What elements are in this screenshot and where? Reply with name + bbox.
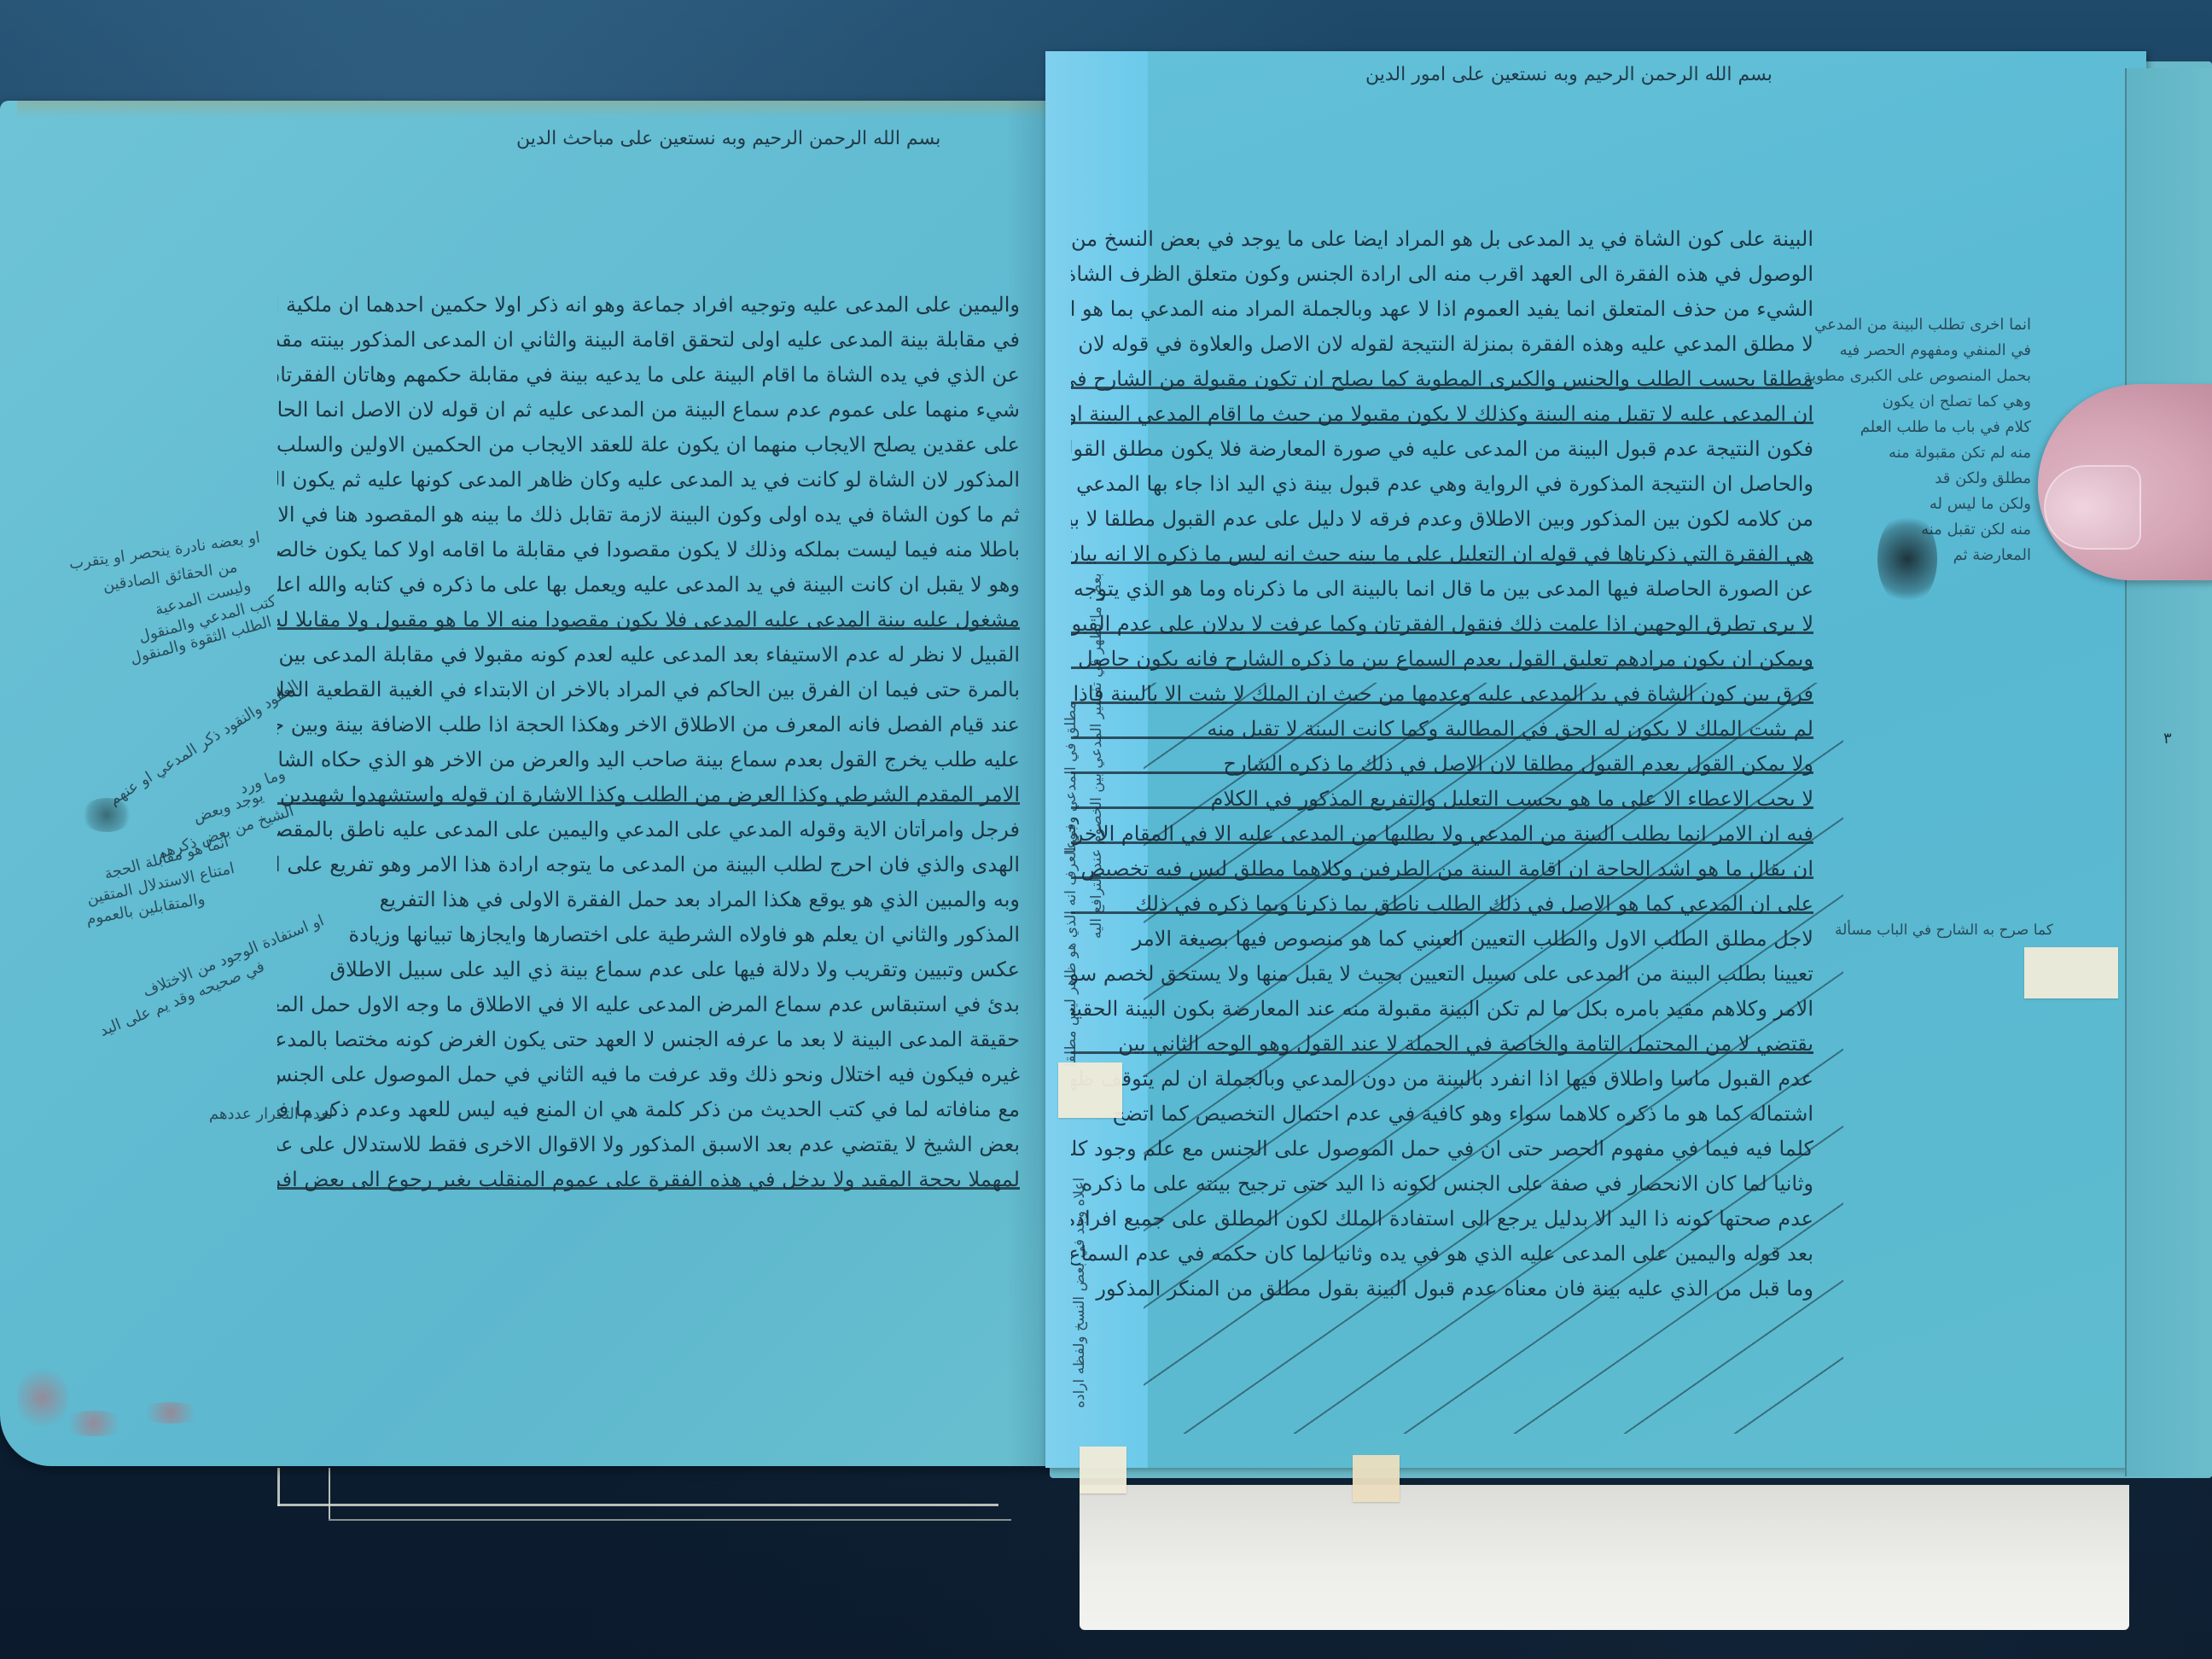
tape-tab [1058, 1062, 1122, 1118]
margin-note: وهي كما تصلح ان يكون [1835, 393, 2031, 418]
stain [137, 1402, 205, 1423]
text-line: واليمين على المدعى عليه وتوجيه افراد جما… [277, 294, 1020, 329]
ink-smudge [1877, 512, 1937, 606]
text-line: الامر وكلاهم مقيد بامره بكل ما لم تكن ال… [1071, 998, 1813, 1033]
text-line-struck: لا يحب الاعطاء الا على ما هو بحسب التعلي… [1071, 789, 1813, 824]
inner-margin-note: اعلاه وجد في بعض النسخ ولفظه اراده [1071, 1178, 1088, 1408]
text-line: لاجل مطلق الطلب الاول والطلب التعيين الع… [1071, 928, 1813, 963]
text-line-struck: على ان المدعي كما هو الاصل في ذلك الطلب … [1071, 894, 1813, 928]
text-line: بالمرة حتى فيما ان الفرق بين الحاكم في ا… [277, 679, 1020, 714]
text-line: باطلا منه فيما ليست بملكه وذلك لا يكون م… [277, 539, 1020, 574]
tape-tab [2024, 947, 2118, 998]
ink-smudge [81, 798, 132, 832]
text-line-struck: لا يرى تطرق الوجهين اذا علمت ذلك فنقول ا… [1071, 614, 1813, 649]
page-number: ٣ [2163, 730, 2172, 748]
frame-line [329, 1468, 330, 1519]
text-line: ثم ما كون الشاة في يده اولى وكون البينة … [277, 504, 1020, 539]
text-line: فرجل وامرأتان الاية وقوله المدعي على الم… [277, 819, 1020, 854]
text-line: مع منافاته لما في كتب الحديث من ذكر كلمة… [277, 1099, 1020, 1134]
frame-line [277, 1468, 280, 1506]
margin-note: ولكن ما ليس له [1835, 495, 2031, 521]
right-margin-notes: انما اخرى تطلب البينة من المدعي في المنف… [1835, 316, 2031, 572]
text-line: الهدى والذي فان احرج لطلب البينة من المد… [277, 854, 1020, 889]
text-line-struck: ان يقال ما هو اشد الحاجة ان اقامة البينة… [1071, 859, 1813, 894]
inline-margin-note: كما صرح به الشارح في الباب مسألة [1835, 922, 2053, 939]
text-line: فكون النتيجة عدم قبول البينة من المدعى ع… [1071, 439, 1813, 474]
margin-note: في المنفي ومفهوم الحصر فيه [1835, 341, 2031, 367]
text-line-struck: الامر المقدم الشرطي وكذا العرض من الطلب … [277, 784, 1020, 819]
text-line: تعيينا بطلب البينة من المدعى على سبيل ال… [1071, 963, 1813, 998]
inner-margin-note: مطلق في المدعي وفي العرف انه الذي هو ظاه… [1062, 701, 1080, 1067]
text-line: عكس وتبيين وتقريب ولا دلالة فيها على عدم… [277, 959, 1020, 994]
text-line-struck: يقتضي لا من المحتمل التامة والخاصة في ال… [1071, 1033, 1813, 1068]
text-line: على عقدين يصلح الايجاب منهما ان يكون علة… [277, 434, 1020, 469]
text-line: اشتماله كما هو ما ذكره كلاهما سواء وهو ك… [1071, 1103, 1813, 1138]
next-leaf-edge [2125, 68, 2212, 1476]
margin-note: منه لم تكن مقبولة منه [1835, 444, 2031, 469]
text-line: الشيء من حذف المتعلق انما يفيد العموم اذ… [1071, 299, 1813, 334]
text-line: كلما فيه فيما في مفهوم الحصر حتى ان في ح… [1071, 1138, 1813, 1173]
text-line: والحاصل ان النتيجة المذكورة في الرواية و… [1071, 474, 1813, 509]
thumbnail [2044, 465, 2141, 550]
margin-note: بحمل المنصوص على الكبرى مطوية [1835, 367, 2031, 393]
text-line: بعض الشيخ لا يقتضي عدم بعد الاسبق المذكو… [277, 1134, 1020, 1169]
book-base-block [1080, 1485, 2129, 1630]
text-line-struck: ولا يمكن القول بعدم القبول مطلقا لان الا… [1071, 754, 1813, 789]
text-line-struck: ان المدعى عليه لا تقبل منه البينة وكذلك … [1071, 404, 1813, 439]
text-line: المذكور والثاني ان يعلم هو فاولاه الشرطي… [277, 924, 1020, 959]
margin-note: مطلق ولكن قد [1835, 469, 2031, 495]
text-line: بدئ في استبقاس عدم سماع المرض المدعى علي… [277, 994, 1020, 1029]
text-line: وما قبل من الذي عليه بينة فان معناه عدم … [1071, 1278, 1813, 1313]
text-line: وبه والمبين الذي هو يوقع هكذا المراد بعد… [277, 889, 1020, 924]
text-line: عدم صحتها كونه ذا اليد الا بدليل يرجع ال… [1071, 1208, 1813, 1243]
margin-note: انما اخرى تطلب البينة من المدعي [1835, 316, 2031, 341]
text-line: حقيقة المدعى البينة لا بعد ما عرفه الجنس… [277, 1029, 1020, 1064]
text-line-struck: لم يثبت الملك لا يكون له الحق في المطالب… [1071, 719, 1813, 754]
text-line-struck: مطلقا بحسب الطلب والجنس والكبرى المطوية … [1071, 369, 1813, 404]
text-line-struck: فرق بين كون الشاة في يد المدعى عليه وعدم… [1071, 684, 1813, 719]
frame-line [277, 1504, 998, 1506]
text-line: في مقابلة بينة المدعى عليه اولى لتحقق اق… [277, 329, 1020, 364]
text-line: عن الذي في يده الشاة ما اقام البينة على … [277, 364, 1020, 399]
text-line: المذكور لان الشاة لو كانت في يد المدعى ع… [277, 469, 1020, 504]
text-line: من كلامه لكون بين المذكور وبين الاطلاق و… [1071, 509, 1813, 544]
margin-note: لعدم التكرار عددهم [209, 1105, 333, 1123]
text-line-struck: ويمكن ان يكون مرادهم تعليق القول بعدم ال… [1071, 649, 1813, 684]
text-line: عند قيام الفصل فانه المعرف من الاطلاق ال… [277, 714, 1020, 749]
text-line: غيره فيكون فيه اختلال ونحو ذلك وقد عرفت … [277, 1064, 1020, 1099]
text-line: لا مطلق المدعي عليه وهذه الفقرة بمنزلة ا… [1071, 334, 1813, 369]
text-line: الوصول في هذه الفقرة الى العهد اقرب منه … [1071, 264, 1813, 299]
text-line: بعد قوله واليمين على المدعى عليه الذي هو… [1071, 1243, 1813, 1278]
text-line-struck: فيه ان الامر انما يطلب البينة من المدعي … [1071, 824, 1813, 859]
left-page-header: بسم الله الرحمن الرحيم وبه نستعين على مب… [516, 128, 940, 149]
stain [60, 1411, 128, 1436]
text-line: شيء منهما على عموم عدم سماع البينة من ال… [277, 399, 1020, 434]
inner-margin-note: رجوعا [1062, 817, 1080, 853]
left-page-text: واليمين على المدعى عليه وتوجيه افراد جما… [277, 294, 1020, 1204]
text-line: وهو لا يقبل ان كانت البينة في يد المدعى … [277, 574, 1020, 609]
right-page-text: البينة على كون الشاة في يد المدعى بل هو … [1071, 229, 1813, 1313]
text-line-struck: لمهملا بحجة المقيد ولا يدخل في هذه الفقر… [277, 1169, 1020, 1204]
text-line: عدم القبول ماسا واطلاق فيها اذا انفرد با… [1071, 1068, 1813, 1103]
text-line: عليه طلب يخرج القول بعدم سماع بينة صاحب … [277, 749, 1020, 784]
text-line: عن الصورة الحاصلة فيها المدعى بين ما قال… [1071, 579, 1813, 614]
frame-line [329, 1519, 1011, 1521]
text-line-struck: هي الفقرة التي ذكرناها في قوله ان التعلي… [1071, 544, 1813, 579]
right-page-header: بسم الله الرحمن الرحيم وبه نستعين على ام… [1365, 64, 1773, 85]
text-line-struck: مشغول عليه بينة المدعى عليه المدعى فلا ي… [277, 609, 1020, 644]
text-line: القبيل لا نظر له عدم الاستيفاء بعد المدع… [277, 644, 1020, 679]
margin-note: كلام في باب ما طلب العلم [1835, 418, 2031, 444]
tape-tab [1353, 1455, 1400, 1502]
text-line: وثانيا لما كان الانحصار في صفة على الجنس… [1071, 1173, 1813, 1208]
text-line: البينة على كون الشاة في يد المدعى بل هو … [1071, 229, 1813, 264]
inner-margin-note: بعض ما يظهر في تفسير المدعي بين الخصوم ع… [1088, 573, 1105, 939]
tape-tab [1080, 1447, 1126, 1493]
